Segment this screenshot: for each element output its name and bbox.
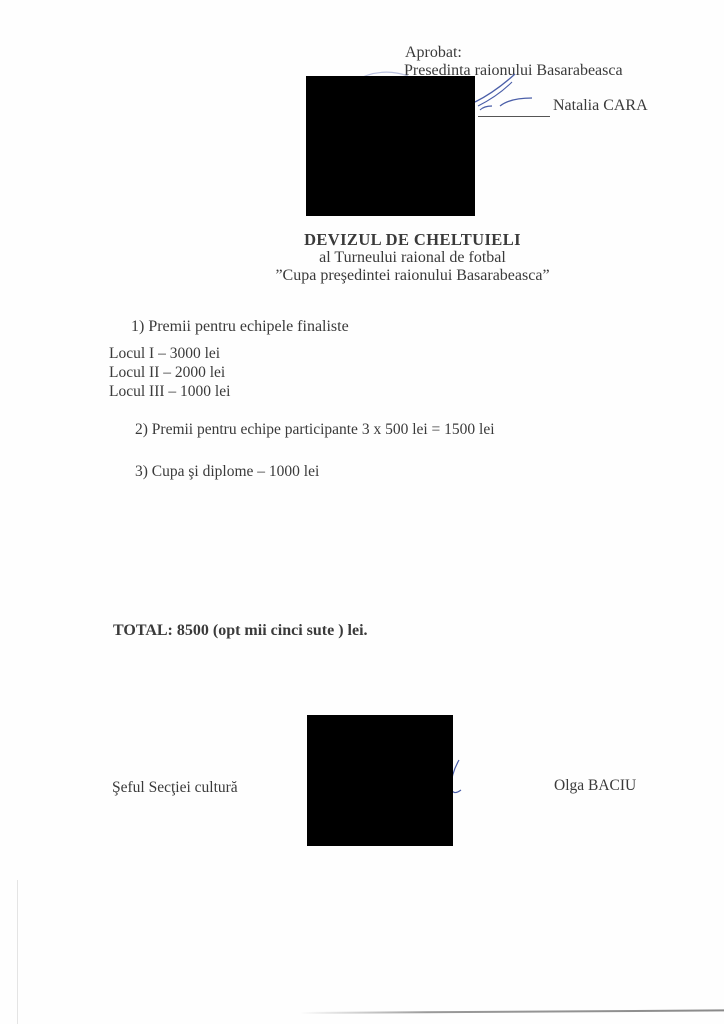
scan-edge-left bbox=[17, 880, 18, 1024]
scan-edge-bottom bbox=[300, 1009, 724, 1014]
document-title: DEVIZUL DE CHELTUIELI bbox=[200, 230, 625, 249]
expense-subitem-place-1: Locul I – 3000 lei bbox=[109, 345, 220, 363]
redaction-box-footer bbox=[307, 715, 453, 846]
approval-name: Natalia CARA bbox=[553, 97, 648, 115]
expense-subitem-place-2: Locul II – 2000 lei bbox=[109, 364, 225, 382]
signature-line bbox=[478, 116, 550, 117]
expense-subitem-place-3: Locul III – 1000 lei bbox=[109, 383, 230, 401]
redaction-box-approval bbox=[306, 76, 475, 216]
expense-item-2: 2) Premii pentru echipe participante 3 x… bbox=[135, 421, 495, 439]
document-event-name: ”Cupa preşedintei raionului Basarabeasca… bbox=[200, 267, 625, 285]
expense-item-1: 1) Premii pentru echipele finaliste bbox=[131, 318, 349, 336]
total-amount: TOTAL: 8500 (opt mii cinci sute ) lei. bbox=[113, 622, 368, 640]
document-subtitle: al Turneului raional de fotbal bbox=[200, 249, 625, 267]
document-page: Aprobat: Presedinta raionului Basarabeas… bbox=[0, 0, 724, 1024]
document-title-block: DEVIZUL DE CHELTUIELI al Turneului raion… bbox=[200, 230, 625, 285]
footer-signer-name: Olga BACIU bbox=[554, 777, 636, 795]
footer-signer-role: Şeful Secţiei cultură bbox=[112, 779, 238, 797]
approval-label: Aprobat: bbox=[405, 44, 462, 62]
expense-item-3: 3) Cupa şi diplome – 1000 lei bbox=[135, 463, 319, 481]
signature-stroke-icon bbox=[470, 72, 540, 112]
